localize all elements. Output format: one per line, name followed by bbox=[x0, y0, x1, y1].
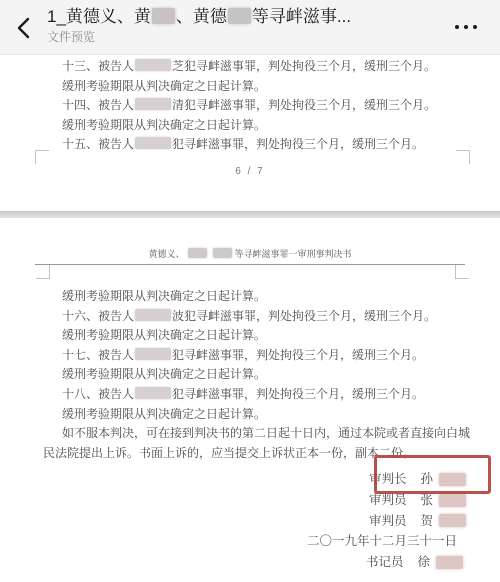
page-separator bbox=[0, 211, 500, 218]
more-options-button[interactable] bbox=[446, 14, 486, 40]
redaction-blur bbox=[439, 494, 466, 507]
text-segment: 十六、被告人 bbox=[62, 309, 134, 323]
doc-line: 如不服本判决，可在接到判决书的第二日起十日内，通过本院或者直接向白城市中级人 bbox=[43, 424, 470, 444]
redaction-blur bbox=[135, 59, 171, 71]
doc-line: 缓刑考验期限从判决确定之日起计算。 bbox=[43, 365, 470, 385]
doc-line: 十五、被告人犯寻衅滋事罪，判处拘役三个月，缓刑三个月。 bbox=[43, 135, 470, 155]
doc-line: 缓刑考验期限从判决确定之日起计算。 bbox=[43, 405, 470, 425]
redaction-blur bbox=[439, 514, 466, 527]
signature-rows: 审判长孙审判员张审判员贺 bbox=[0, 469, 500, 531]
redaction-blur bbox=[135, 309, 171, 321]
text-segment: 犯寻衅滋事罪，判处拘役三个月，缓刑三个月。 bbox=[172, 348, 424, 362]
document-preview-scroll-area[interactable]: 十三、被告人芝犯寻衅滋事罪，判处拘役三个月，缓刑三个月。缓刑考验期限从判决确定之… bbox=[0, 55, 500, 582]
text-segment: 等寻衅滋事罪一审刑事判决书 bbox=[235, 249, 352, 259]
signature-surname: 贺 bbox=[420, 511, 433, 532]
doc-line: 十八、被告人犯寻衅滋事罪，判处拘役三个月，缓刑三个月。 bbox=[43, 385, 470, 405]
page6-text: 十三、被告人芝犯寻衅滋事罪，判处拘役三个月，缓刑三个月。缓刑考验期限从判决确定之… bbox=[0, 55, 500, 155]
signature-surname: 张 bbox=[420, 490, 433, 511]
redaction-blur bbox=[135, 98, 171, 110]
clerk-row: 书记员 徐 bbox=[0, 552, 500, 573]
text-segment: 黄德义、 bbox=[148, 249, 184, 259]
signature-row: 审判员张 bbox=[0, 490, 500, 511]
text-segment: 芝犯寻衅滋事罪，判处拘役三个月，缓刑三个月。 bbox=[172, 59, 436, 73]
doc-line: 缓刑考验期限从判决确定之日起计算。 bbox=[43, 326, 470, 346]
doc-line: 缓刑考验期限从判决确定之日起计算。 bbox=[43, 287, 470, 307]
text-boundary-corner-mark bbox=[456, 150, 470, 164]
text-segment: 犯寻衅滋事罪，判处拘役三个月，缓刑三个月。 bbox=[172, 137, 424, 151]
signature-block: 审判长孙审判员张审判员贺 二〇一九年十二月三十一日 书记员 徐 bbox=[0, 469, 500, 572]
app-bar: 1_黄德义、黄、黄德等寻衅滋事... 文件预览 bbox=[0, 0, 500, 55]
judgment-date: 二〇一九年十二月三十一日 bbox=[0, 531, 500, 552]
signature-role: 审判员 bbox=[369, 511, 407, 532]
appbar-titles: 1_黄德义、黄、黄德等寻衅滋事... 文件预览 bbox=[47, 6, 440, 45]
signature-row: 审判长孙 bbox=[0, 469, 500, 490]
redaction-blur bbox=[436, 556, 463, 569]
text-segment: 等寻衅滋事... bbox=[252, 7, 351, 26]
text-segment: 十三、被告人 bbox=[62, 59, 134, 73]
text-segment: 十八、被告人 bbox=[62, 387, 134, 401]
text-segment: 如不服本判决，可在接到判决书的第二日起十日内，通过本院或者直接向白城市中级人 bbox=[62, 426, 470, 440]
text-segment: 十七、被告人 bbox=[62, 348, 134, 362]
text-segment: 缓刑考验期限从判决确定之日起计算。 bbox=[62, 328, 266, 342]
file-title: 1_黄德义、黄、黄德等寻衅滋事... bbox=[47, 6, 440, 28]
text-boundary-corner-mark bbox=[36, 265, 50, 279]
text-boundary-corner-mark bbox=[455, 265, 469, 279]
redaction-blur bbox=[135, 137, 171, 149]
text-segment: 缓刑考验期限从判决确定之日起计算。 bbox=[62, 118, 266, 132]
redaction-blur bbox=[135, 348, 171, 360]
page7-running-header: 黄德义、等寻衅滋事罪一审刑事判决书 bbox=[35, 218, 465, 265]
redaction-blur bbox=[152, 8, 175, 24]
signature-surname: 孙 bbox=[420, 469, 433, 490]
doc-line: 十三、被告人芝犯寻衅滋事罪，判处拘役三个月，缓刑三个月。 bbox=[43, 57, 470, 77]
page7-text: 缓刑考验期限从判决确定之日起计算。十六、被告人波犯寻衅滋事罪，判处拘役三个月，缓… bbox=[0, 287, 500, 463]
redaction-blur bbox=[228, 8, 251, 24]
text-segment: 缓刑考验期限从判决确定之日起计算。 bbox=[62, 289, 266, 303]
clerk-role: 书记员 bbox=[366, 552, 404, 573]
text-segment: 缓刑考验期限从判决确定之日起计算。 bbox=[62, 367, 266, 381]
doc-line: 十七、被告人犯寻衅滋事罪，判处拘役三个月，缓刑三个月。 bbox=[43, 346, 470, 366]
file-preview-screen: 1_黄德义、黄、黄德等寻衅滋事... 文件预览 十三、被告人芝犯寻衅滋事罪，判处… bbox=[0, 0, 500, 582]
text-segment: 十五、被告人 bbox=[62, 137, 134, 151]
doc-line: 民法院提出上诉。书面上诉的，应当提交上诉状正本一份，副本二份。 bbox=[43, 444, 470, 464]
redaction-blur bbox=[135, 387, 171, 399]
text-segment: 清犯寻衅滋事罪，判处拘役三个月，缓刑三个月。 bbox=[172, 98, 436, 112]
text-segment: 缓刑考验期限从判决确定之日起计算。 bbox=[62, 79, 266, 93]
text-segment: 、黄德 bbox=[176, 7, 227, 26]
text-segment: 民法院提出上诉。书面上诉的，应当提交上诉状正本一份，副本二份。 bbox=[43, 446, 415, 460]
text-segment: 缓刑考验期限从判决确定之日起计算。 bbox=[62, 407, 266, 421]
redaction-blur bbox=[213, 248, 232, 258]
text-segment: 十四、被告人 bbox=[62, 98, 134, 112]
preview-label: 文件预览 bbox=[47, 30, 440, 45]
text-segment: 犯寻衅滋事罪，判处拘役三个月，缓刑三个月。 bbox=[172, 387, 424, 401]
redaction-blur bbox=[188, 248, 207, 258]
signature-role: 审判员 bbox=[369, 490, 407, 511]
ellipsis-more-icon bbox=[455, 25, 477, 29]
clerk-surname: 徐 bbox=[417, 552, 430, 573]
text-segment: 波犯寻衅滋事罪，判处拘役三个月，缓刑三个月。 bbox=[172, 309, 436, 323]
chevron-left-icon bbox=[17, 17, 30, 39]
text-boundary-corner-mark bbox=[35, 150, 49, 164]
text-segment: 1_黄德义、黄 bbox=[47, 7, 151, 26]
running-header-text: 黄德义、等寻衅滋事罪一审刑事判决书 bbox=[148, 247, 351, 260]
document-page-6: 十三、被告人芝犯寻衅滋事罪，判处拘役三个月，缓刑三个月。缓刑考验期限从判决确定之… bbox=[0, 55, 500, 211]
page-indicator: 6 / 7 bbox=[0, 166, 500, 177]
doc-line: 缓刑考验期限从判决确定之日起计算。 bbox=[43, 116, 470, 136]
doc-line: 十四、被告人清犯寻衅滋事罪，判处拘役三个月，缓刑三个月。 bbox=[43, 96, 470, 116]
doc-line: 缓刑考验期限从判决确定之日起计算。 bbox=[43, 77, 470, 97]
redaction-blur bbox=[439, 473, 466, 486]
document-page-7: 黄德义、等寻衅滋事罪一审刑事判决书 缓刑考验期限从判决确定之日起计算。十六、被告… bbox=[0, 218, 500, 582]
back-button[interactable] bbox=[6, 10, 40, 46]
signature-row: 审判员贺 bbox=[0, 511, 500, 532]
signature-role: 审判长 bbox=[369, 469, 407, 490]
doc-line: 十六、被告人波犯寻衅滋事罪，判处拘役三个月，缓刑三个月。 bbox=[43, 307, 470, 327]
